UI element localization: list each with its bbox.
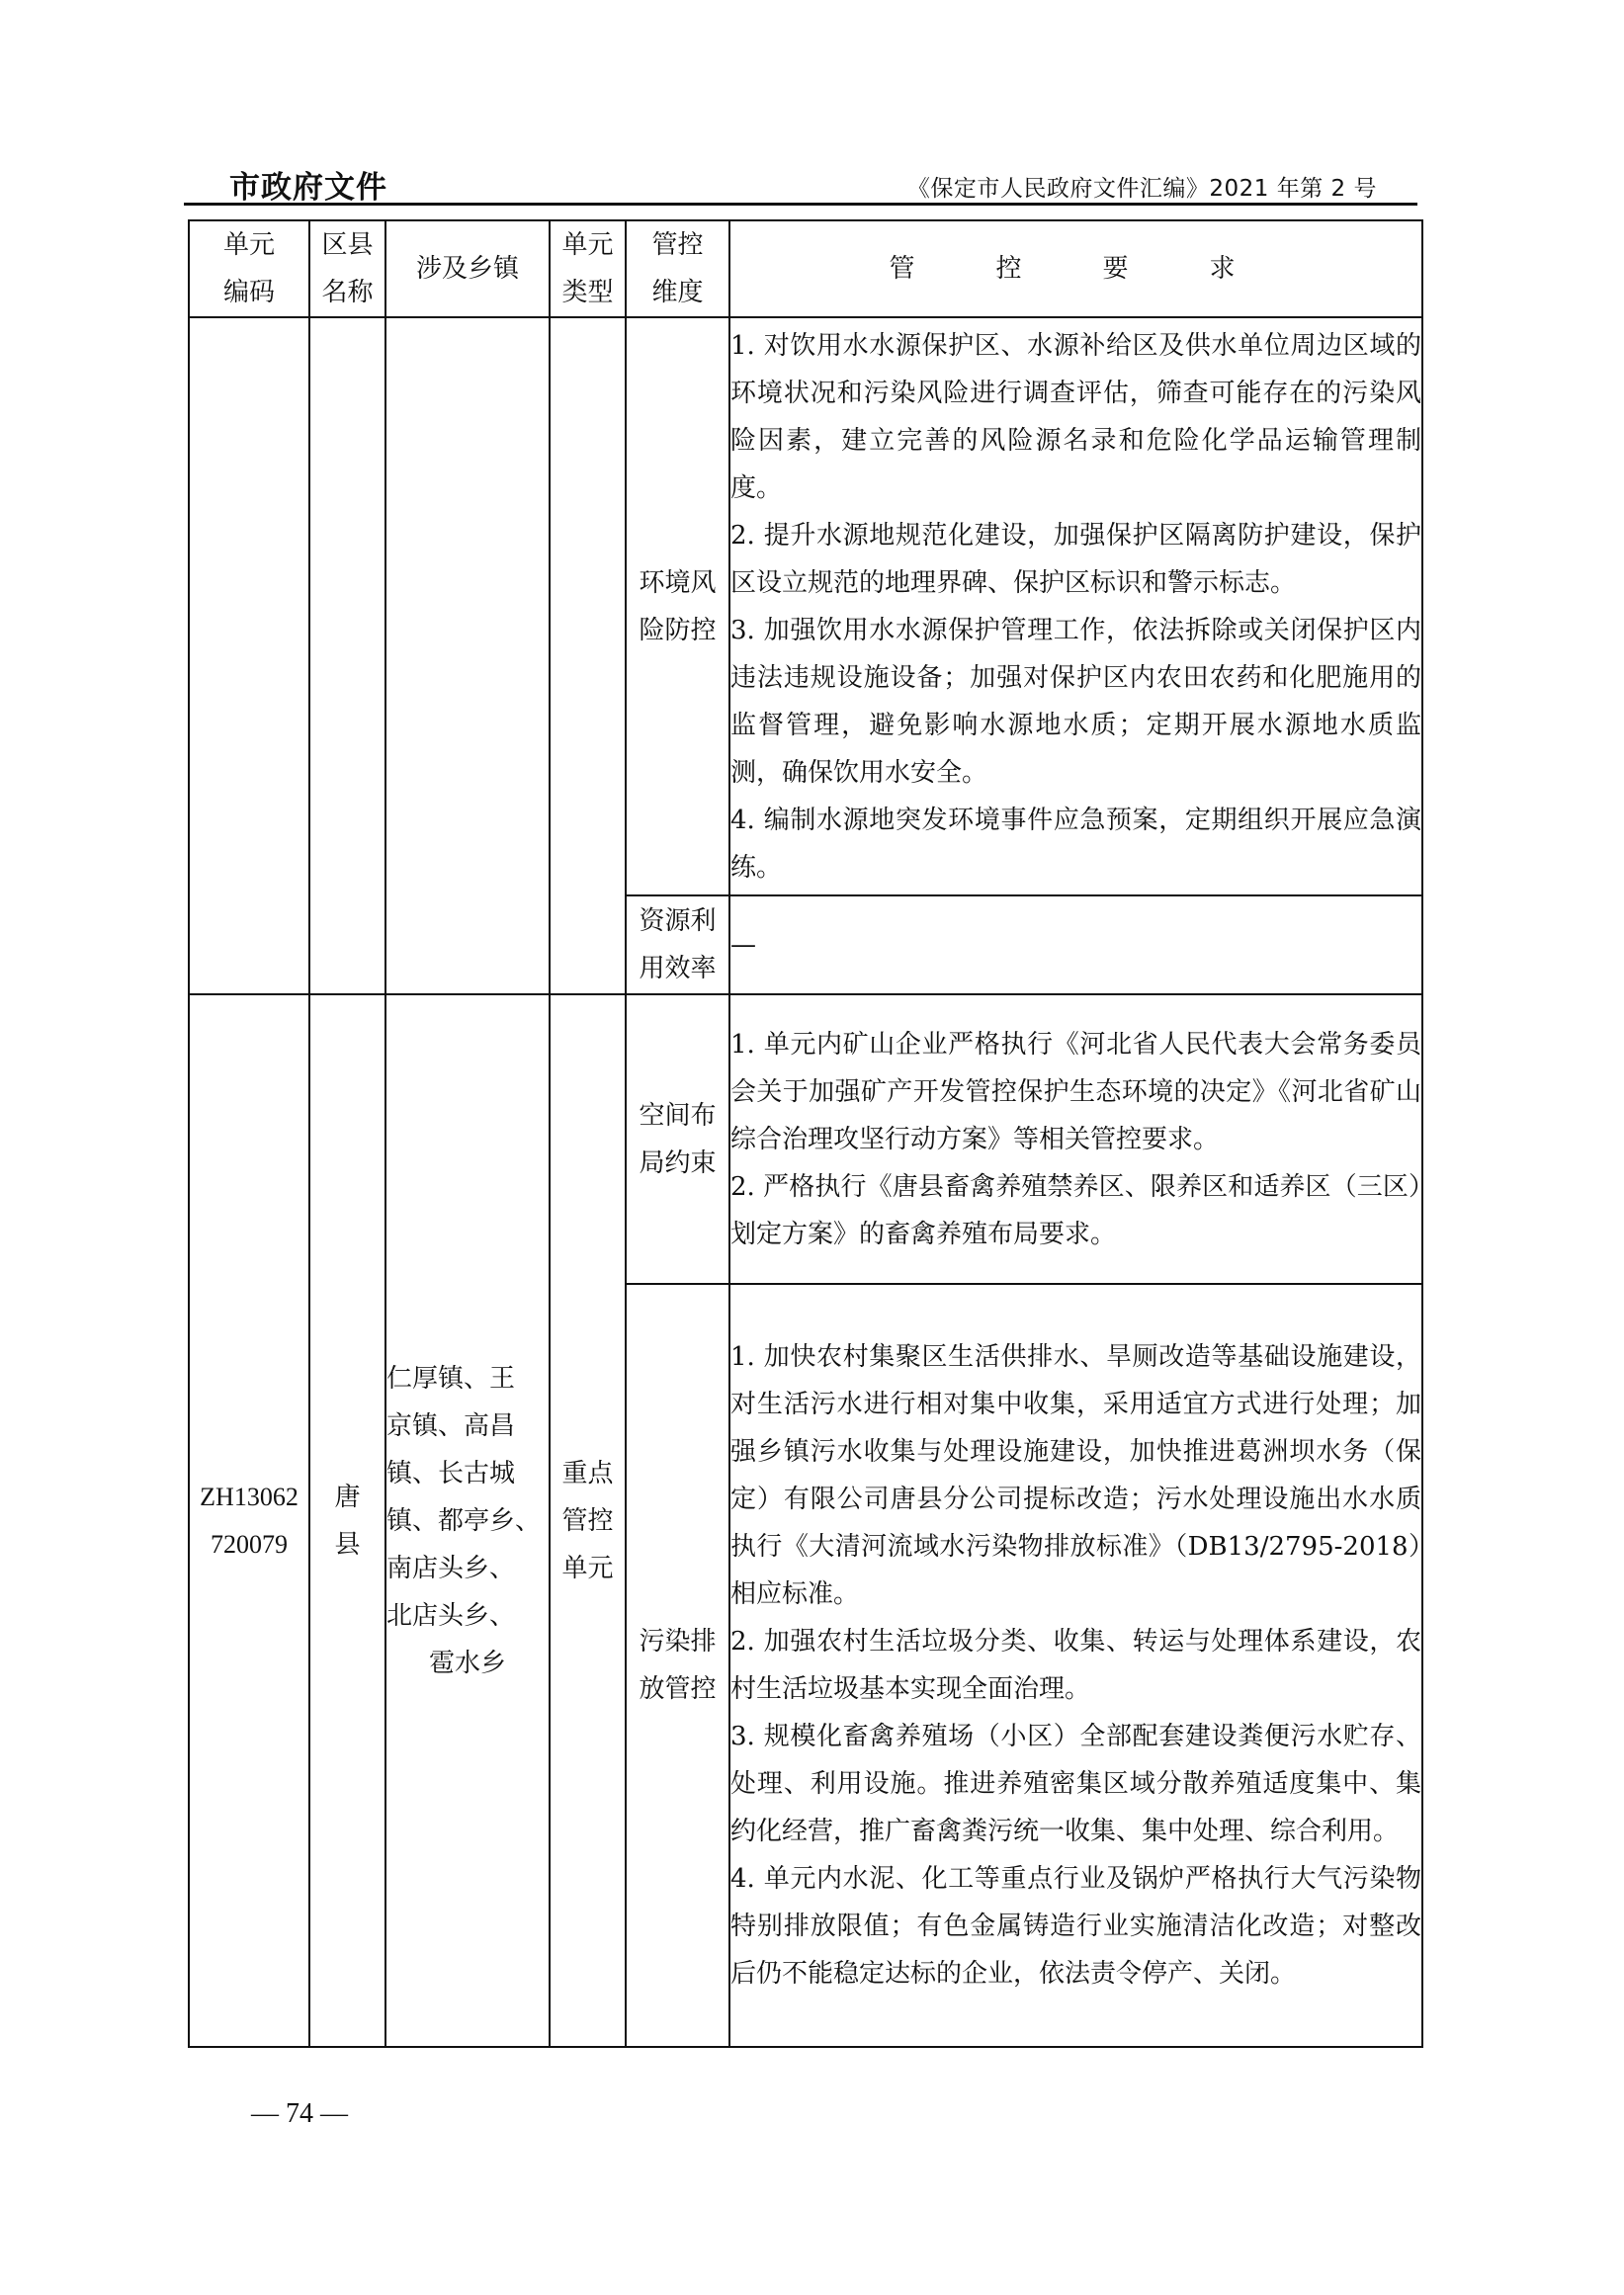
unit-code-cell — [189, 317, 309, 994]
header-text: 名称 — [321, 278, 373, 307]
col-header-dimension: 管控 维度 — [626, 220, 729, 317]
towns-text: 京镇、高昌 — [386, 1411, 515, 1441]
col-header-county: 区县 名称 — [309, 220, 385, 317]
unit-type-cell — [550, 317, 626, 994]
requirement-item: 4. 编制水源地突发环境事件应急预案，定期组织开展应急演练。 — [730, 797, 1421, 892]
unit-type-text: 单元 — [561, 1554, 613, 1583]
dimension-env-risk: 环境风 险防控 — [626, 317, 729, 895]
col-header-towns: 涉及乡镇 — [385, 220, 550, 317]
towns-text: 仁厚镇、王 — [386, 1364, 515, 1394]
county-text: 县 — [334, 1530, 360, 1560]
dimension-label: 用效率 — [639, 954, 716, 983]
header-rule — [184, 203, 1417, 206]
control-requirements-table: 单元 编码 区县 名称 涉及乡镇 单元 类型 管控 维度 管 控 要 求 — [188, 219, 1423, 2048]
unit-type-text: 管控 — [561, 1506, 613, 1536]
header-text: 单元 — [561, 230, 613, 260]
towns-text: 雹水乡 — [386, 1640, 549, 1687]
dimension-resource-efficiency: 资源利 用效率 — [626, 895, 729, 994]
col-header-requirements: 管 控 要 求 — [729, 220, 1422, 317]
towns-text: 南店头乡、 — [386, 1554, 515, 1583]
dimension-label: 环境风 — [639, 568, 716, 598]
unit-code-text: 720079 — [211, 1530, 288, 1559]
publication-title: 《保定市人民政府文件汇编》2021 年第 2 号 — [907, 170, 1377, 203]
unit-type-cell: 重点 管控 单元 — [550, 994, 626, 2047]
unit-type-text: 重点 — [561, 1459, 613, 1488]
dimension-label: 险防控 — [639, 616, 716, 645]
table-row: ZH13062 720079 唐 县 仁厚镇、王 京镇、高昌 镇、长古城 镇、都… — [189, 994, 1422, 1284]
header-text: 维度 — [651, 278, 703, 307]
dimension-label: 放管控 — [639, 1674, 716, 1704]
dimension-label: 资源利 — [639, 906, 716, 936]
requirement-item: 3. 规模化畜禽养殖场（小区）全部配套建设粪便污水贮存、处理、利用设施。推进养殖… — [730, 1713, 1421, 1855]
requirement-item: 1. 对饮用水水源保护区、水源补给区及供水单位周边区域的环境状况和污染风险进行调… — [730, 322, 1421, 512]
towns-text: 北店头乡、 — [386, 1601, 515, 1631]
requirements-pollution-discharge: 1. 加快农村集聚区生活供排水、旱厕改造等基础设施建设，对生活污水进行相对集中收… — [729, 1284, 1422, 2047]
towns-text: 镇、长古城 — [386, 1459, 515, 1488]
requirement-item: — — [730, 921, 1421, 969]
requirements-env-risk: 1. 对饮用水水源保护区、水源补给区及供水单位周边区域的环境状况和污染风险进行调… — [729, 317, 1422, 895]
towns-cell — [385, 317, 550, 994]
requirement-item: 1. 单元内矿山企业严格执行《河北省人民代表大会常务委员会关于加强矿产开发管控保… — [730, 1021, 1421, 1163]
towns-text: 镇、都亭乡、 — [386, 1506, 541, 1536]
county-cell: 唐 县 — [309, 994, 385, 2047]
requirements-spatial-layout: 1. 单元内矿山企业严格执行《河北省人民代表大会常务委员会关于加强矿产开发管控保… — [729, 994, 1422, 1284]
requirement-item: 3. 加强饮用水水源保护管理工作，依法拆除或关闭保护区内违法违规设施设备；加强对… — [730, 607, 1421, 797]
dimension-label: 空间布 — [639, 1101, 716, 1131]
header-text: 单元 — [223, 230, 275, 260]
towns-cell: 仁厚镇、王 京镇、高昌 镇、长古城 镇、都亭乡、 南店头乡、 北店头乡、 雹水乡 — [385, 994, 550, 2047]
header-text: 类型 — [561, 278, 613, 307]
unit-code-text: ZH13062 — [200, 1483, 299, 1511]
header-text: 管控 — [651, 230, 703, 260]
county-text: 唐 — [334, 1483, 360, 1512]
requirement-item: 4. 单元内水泥、化工等重点行业及锅炉严格执行大气污染物特别排放限值；有色金属铸… — [730, 1855, 1421, 1997]
unit-code-cell: ZH13062 720079 — [189, 994, 309, 2047]
page-number: — 74 — — [251, 2098, 348, 2130]
dimension-label: 局约束 — [639, 1148, 716, 1178]
requirement-item: 2. 严格执行《唐县畜禽养殖禁养区、限养区和适养区（三区）划定方案》的畜禽养殖布… — [730, 1163, 1421, 1258]
col-header-unit-type: 单元 类型 — [550, 220, 626, 317]
table-row: 环境风 险防控 1. 对饮用水水源保护区、水源补给区及供水单位周边区域的环境状况… — [189, 317, 1422, 895]
header-text: 编码 — [223, 278, 275, 307]
requirement-item: 2. 加强农村生活垃圾分类、收集、转运与处理体系建设，农村生活垃圾基本实现全面治… — [730, 1618, 1421, 1713]
dimension-label: 污染排 — [639, 1627, 716, 1657]
dimension-pollution-discharge: 污染排 放管控 — [626, 1284, 729, 2047]
document-series-title: 市政府文件 — [229, 162, 387, 207]
requirement-item: 1. 加快农村集聚区生活供排水、旱厕改造等基础设施建设，对生活污水进行相对集中收… — [730, 1333, 1421, 1618]
county-cell — [309, 317, 385, 994]
table-header-row: 单元 编码 区县 名称 涉及乡镇 单元 类型 管控 维度 管 控 要 求 — [189, 220, 1422, 317]
dimension-spatial-layout: 空间布 局约束 — [626, 994, 729, 1284]
header-text: 区县 — [321, 230, 373, 260]
col-header-unit-code: 单元 编码 — [189, 220, 309, 317]
requirement-item: 2. 提升水源地规范化建设，加强保护区隔离防护建设，保护区设立规范的地理界碑、保… — [730, 512, 1421, 607]
requirements-resource-efficiency: — — [729, 895, 1422, 994]
